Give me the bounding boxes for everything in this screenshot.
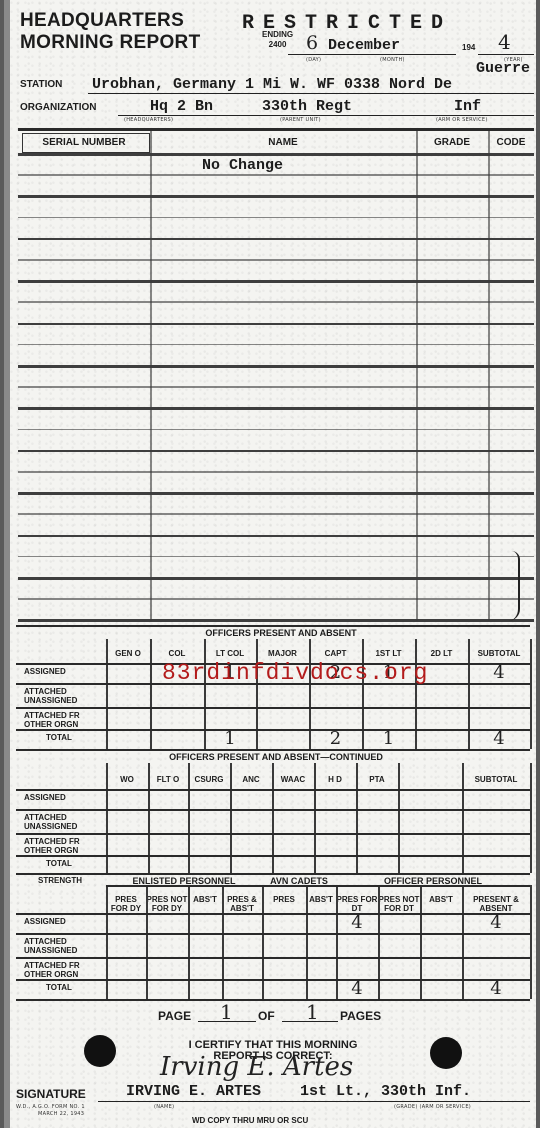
column-header: SUBTOTAL: [468, 649, 530, 658]
roster-col-header: GRADE: [416, 137, 488, 148]
roster-row-line: [18, 450, 534, 453]
column-header: PRES FOR DT: [336, 895, 378, 913]
cell-value: 2: [309, 729, 362, 749]
strength-table: PRES FOR DYPRES NOT FOR DYABS'TPRES & AB…: [16, 873, 530, 1003]
column-divider: [230, 763, 232, 873]
column-divider: [356, 763, 358, 873]
roster-row-line: [18, 492, 534, 495]
report-month: December: [328, 37, 400, 54]
column-header: CAPT: [309, 649, 362, 658]
column-header: PRES NOT FOR DT: [378, 895, 420, 913]
serial-header-box: [22, 133, 150, 153]
page-number: 1: [220, 1000, 233, 1024]
row-line: [16, 833, 530, 835]
table-top-border: [16, 873, 530, 875]
signature-label: SIGNATURE: [16, 1087, 86, 1101]
roster-col-divider: [416, 131, 418, 621]
row-line: [16, 999, 530, 1001]
roster-row-line: [18, 513, 534, 515]
column-header: PRES: [262, 895, 306, 904]
roster-row-line: [18, 429, 534, 431]
row-line: [16, 957, 530, 959]
binder-hole-right: [430, 1037, 462, 1069]
row-line: [16, 855, 530, 857]
column-header: COL: [150, 649, 204, 658]
row-line: [16, 979, 530, 981]
roster-row-line: [18, 407, 534, 410]
roster-col-divider: [150, 131, 152, 621]
watermark: 83rdinfdivdocs.org: [162, 660, 428, 686]
report-day: 6: [306, 32, 318, 54]
column-divider: [530, 639, 532, 749]
row-line: [16, 707, 530, 709]
page-label: PAGE: [158, 1009, 191, 1023]
column-divider: [420, 885, 422, 999]
column-header: ANC: [230, 775, 272, 784]
row-label: ASSIGNED: [24, 667, 104, 676]
roster-row-line: [18, 344, 534, 346]
column-divider: [415, 639, 417, 749]
roster-row-line: [18, 556, 534, 558]
cell-value: 4: [468, 729, 530, 749]
arm-caption: (ARM OR SERVICE): [436, 117, 488, 123]
column-header: LT COL: [204, 649, 256, 658]
column-header: PRES NOT FOR DY: [146, 895, 188, 913]
row-label: ATTACHED FR OTHER ORGN: [24, 711, 104, 729]
column-header: H D: [314, 775, 356, 784]
row-label: ASSIGNED: [24, 793, 104, 802]
officers-continued-table: OFFICERS PRESENT AND ABSENT—CONTINUEDWOF…: [16, 749, 530, 873]
station-label: STATION: [20, 79, 62, 90]
column-divider: [148, 763, 150, 873]
form-id-line-1: W.D., A.G.O. FORM NO. 1: [16, 1104, 85, 1110]
roster-table: SERIAL NUMBERNAMEGRADECODENo Change: [18, 131, 534, 621]
column-divider: [150, 639, 152, 749]
column-header: ABS'T: [420, 895, 462, 904]
row-line: [16, 913, 530, 915]
signer-name: IRVING E. ARTES: [126, 1083, 261, 1100]
cell-value: 1: [362, 729, 415, 749]
roster-row-line: [18, 280, 534, 283]
morning-report-document: HEADQUARTERS MORNING REPORT RESTRICTED E…: [4, 0, 536, 1128]
column-divider: [272, 763, 274, 873]
roster-row-line: [18, 323, 534, 326]
column-header: SUBTOTAL: [462, 775, 530, 784]
page-total: 1: [306, 1000, 319, 1024]
form-id-line-2: MARCH 22, 1943: [38, 1111, 84, 1117]
roster-row-line: [18, 301, 534, 303]
title-morning-report: MORNING REPORT: [20, 32, 200, 54]
roster-row-line: [18, 535, 534, 538]
table-top-border: [16, 749, 530, 751]
column-header: WO: [106, 775, 148, 784]
row-label: TOTAL: [46, 733, 126, 742]
roster-col-divider: [488, 131, 490, 621]
row-line: [16, 933, 530, 935]
org-parent-unit: 330th Regt: [262, 98, 352, 115]
roster-row-line: [18, 174, 534, 176]
column-divider: [106, 885, 108, 999]
officers-present-absent-table: OFFICERS PRESENT AND ABSENTGEN OCOLLT CO…: [16, 625, 530, 749]
row-label: TOTAL: [46, 983, 126, 992]
handwritten-mark-icon: [496, 551, 520, 621]
roster-row-line: [18, 259, 534, 261]
column-divider: [262, 885, 264, 999]
table-title: OFFICERS PRESENT AND ABSENT—CONTINUED: [136, 752, 416, 762]
column-header: MAJOR: [256, 649, 309, 658]
column-header: PRES & ABS'T: [222, 895, 262, 913]
row-label: TOTAL: [46, 859, 126, 868]
form-title: HEADQUARTERS MORNING REPORT: [20, 10, 200, 54]
row-line: [16, 789, 530, 791]
column-divider: [462, 763, 464, 873]
table-top-border: [16, 625, 530, 627]
day-caption: (DAY): [306, 57, 321, 63]
month-caption: (MONTH): [380, 57, 405, 63]
cell-value: 4: [336, 913, 378, 933]
roster-row-line: [18, 619, 534, 622]
column-divider: [188, 885, 190, 999]
row-line: [16, 809, 530, 811]
column-divider: [256, 639, 258, 749]
roster-row-line: [18, 238, 534, 241]
roster-row-line: [18, 153, 534, 156]
roster-row-line: [18, 577, 534, 580]
station-overflow: Guerre: [476, 60, 530, 77]
column-header: ABS'T: [188, 895, 222, 904]
row-label: ATTACHED UNASSIGNED: [24, 937, 104, 955]
hq-caption: (HEADQUARTERS): [124, 117, 173, 123]
table-title: OFFICERS PRESENT AND ABSENT: [166, 628, 396, 638]
column-header: CSURG: [188, 775, 230, 784]
strength-label: STRENGTH: [38, 876, 82, 885]
row-label: ATTACHED FR OTHER ORGN: [24, 961, 104, 979]
station-value: Urobhan, Germany 1 Mi W. WF 0338 Nord De: [92, 76, 452, 93]
group-divider: [106, 885, 530, 887]
column-divider: [530, 763, 532, 873]
grade-caption: (GRADE) (ARM OR SERVICE): [394, 1104, 471, 1110]
of-label: OF: [258, 1009, 275, 1023]
roster-col-header: NAME: [150, 137, 416, 148]
roster-row-line: [18, 365, 534, 368]
org-arm-of-service: Inf: [454, 98, 481, 115]
roster-row-line: [18, 471, 534, 473]
title-headquarters: HEADQUARTERS: [20, 10, 200, 32]
signer-grade-unit: 1st Lt., 330th Inf.: [300, 1083, 471, 1100]
column-header: PRESENT & ABSENT: [462, 895, 530, 913]
column-divider: [146, 885, 148, 999]
row-label: ATTACHED FR OTHER ORGN: [24, 837, 104, 855]
report-year-digit: 4: [498, 30, 511, 54]
column-header: FLT O: [148, 775, 188, 784]
name-caption: (NAME): [154, 1104, 174, 1110]
column-divider: [398, 763, 400, 873]
row-label: ATTACHED UNASSIGNED: [24, 687, 104, 705]
column-header: ABS'T: [306, 895, 336, 904]
column-divider: [314, 763, 316, 873]
cell-value: 4: [336, 979, 378, 999]
roster-entry: No Change: [202, 157, 283, 174]
column-divider: [188, 763, 190, 873]
cell-value: 4: [468, 663, 530, 683]
column-divider: [530, 885, 532, 999]
row-label: ATTACHED UNASSIGNED: [24, 813, 104, 831]
binder-hole-left: [84, 1035, 116, 1067]
column-header: 1ST LT: [362, 649, 415, 658]
organization-label: ORGANIZATION: [20, 102, 96, 113]
roster-row-line: [18, 598, 534, 600]
column-header: 2D LT: [415, 649, 468, 658]
column-divider: [306, 885, 308, 999]
column-divider: [222, 885, 224, 999]
copy-note: WD COPY THRU MRU OR SCU: [192, 1116, 308, 1125]
column-header: PTA: [356, 775, 398, 784]
column-header: GEN O: [106, 649, 150, 658]
handwritten-signature: Irving E. Artes: [160, 1052, 353, 1082]
cell-value: 1: [204, 729, 256, 749]
org-headquarters: Hq 2 Bn: [150, 98, 213, 115]
year-prefix: 194: [462, 43, 475, 52]
roster-row-line: [18, 195, 534, 198]
roster-col-header: CODE: [488, 137, 534, 148]
roster-row-line: [18, 217, 534, 219]
roster-row-line: [18, 386, 534, 388]
row-label: ASSIGNED: [24, 917, 104, 926]
column-divider: [378, 885, 380, 999]
column-header: PRES FOR DY: [106, 895, 146, 913]
row-line: [16, 729, 530, 731]
pages-label: PAGES: [340, 1009, 381, 1023]
column-header: WAAC: [272, 775, 314, 784]
cell-value: 4: [462, 913, 530, 933]
cell-value: 4: [462, 979, 530, 999]
parent-caption: (PARENT UNIT): [280, 117, 321, 123]
column-divider: [106, 763, 108, 873]
